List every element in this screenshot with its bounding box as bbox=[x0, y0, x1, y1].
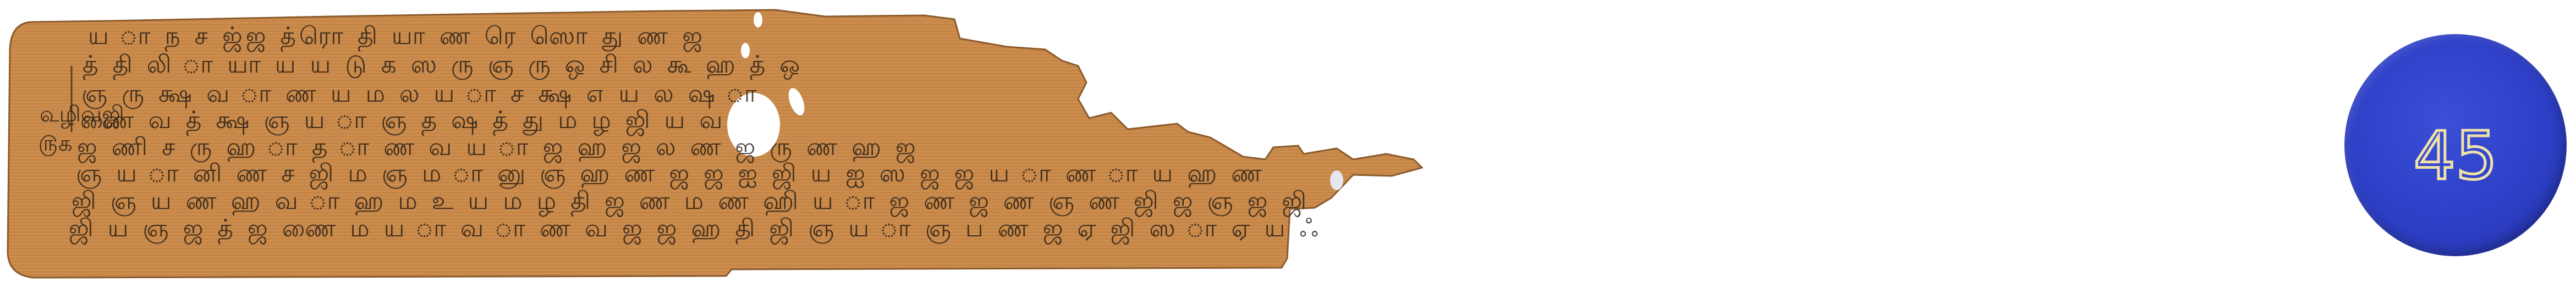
margin-note-2: ௫௧ bbox=[39, 131, 73, 159]
script-line-7: ஜி ஞ ய ண ஹ வ ா ஹ ம உ ய ம ழ தி ஜ ண ம ண ஹி… bbox=[72, 187, 1310, 218]
script-line-1: ய ா ந ச ஜ்ஜ த்ரொ தி யா ண ரெ ஸொ து ண ஜ bbox=[88, 22, 706, 53]
script-line-8: ஜி ய ஞ ஜ த் ஜ ணை ம ய ா வ ா ண வ ஜ ஜ ஹ தி … bbox=[69, 214, 1322, 246]
disc-number: 45 bbox=[2344, 34, 2567, 256]
numbered-disc: 45 bbox=[2344, 34, 2567, 256]
script-line-2: த் தி லி ா யா ய ய டு க ஸ ரு ஞ ரு ஒ சி ல … bbox=[83, 51, 803, 82]
script-line-6: ஞ ய ா னி ண ச ஜி ம ஞ ம ா னு ஞ ஹ ண ஜ ஜ ஐ ஜ… bbox=[76, 159, 1265, 191]
